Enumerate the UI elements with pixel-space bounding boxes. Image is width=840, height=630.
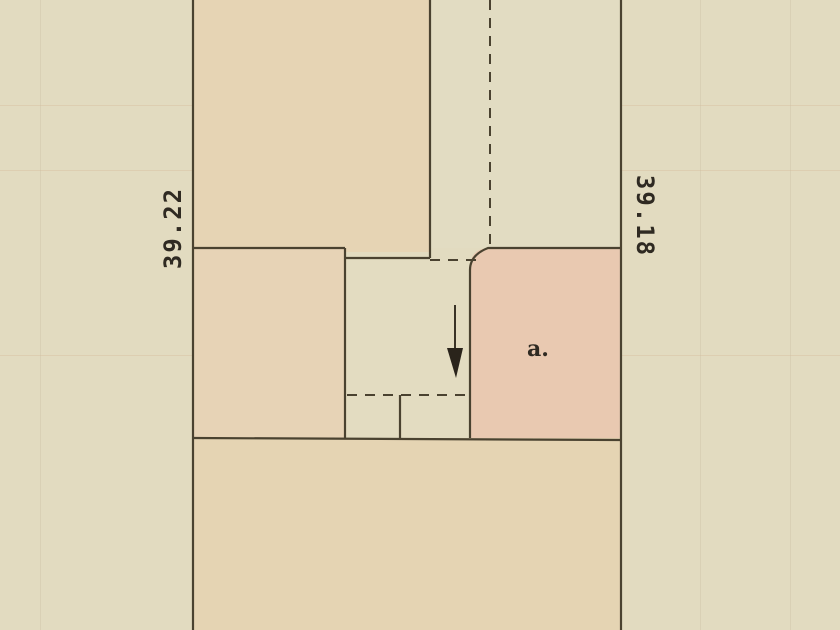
- dimension-left: 39.22: [159, 187, 187, 269]
- lot-label: a.: [527, 336, 549, 362]
- parcel-middle-left: [193, 248, 345, 438]
- dimension-right: 39.18: [631, 175, 659, 257]
- open-strip: [430, 0, 620, 248]
- parcel-upper-left: [193, 0, 430, 252]
- parcel-lower: [193, 438, 620, 630]
- site-plan: [0, 0, 840, 630]
